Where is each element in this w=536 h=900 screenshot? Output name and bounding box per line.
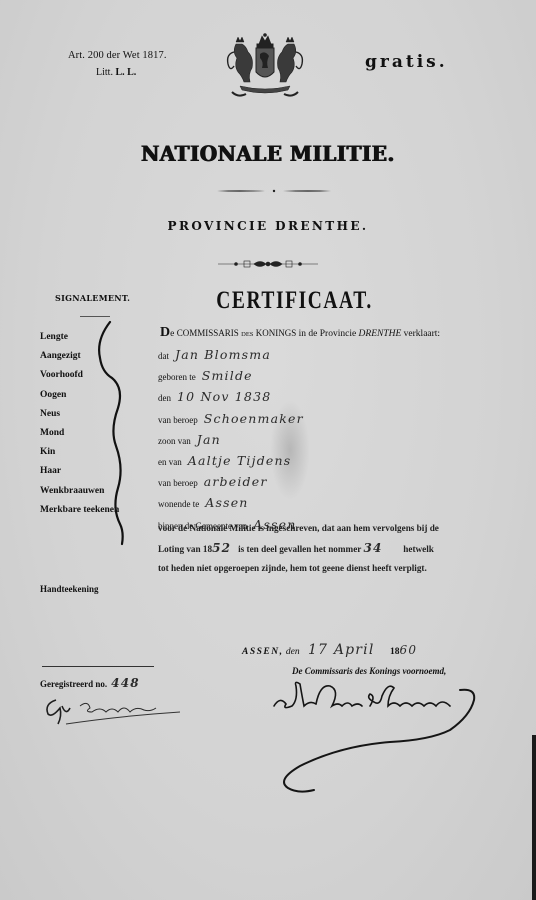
- field-row: van beroepSchoenmaker: [158, 409, 304, 430]
- handteekening-label: Handteekening: [40, 584, 99, 594]
- litt-value: L. L.: [115, 67, 136, 78]
- ornament-divider: [216, 259, 320, 269]
- year-value: 60: [400, 643, 418, 657]
- field-row: en vanAaltje Tijdens: [158, 451, 304, 472]
- occupation-value: Schoenmaker: [204, 411, 304, 426]
- name-value: Jan Blomsma: [175, 347, 271, 362]
- place-date: ASSEN, den 17 April 1860: [242, 642, 423, 658]
- mother-value: Aaltje Tijdens: [188, 453, 292, 468]
- brace-line: [92, 318, 132, 548]
- loting-year-value: 52: [212, 541, 231, 555]
- province-heading: PROVINCIE DRENTHE.: [0, 219, 536, 233]
- registrar-signature: [40, 690, 190, 730]
- page-edge: [532, 735, 536, 900]
- field-row: geboren teSmilde: [158, 366, 304, 387]
- commissaris-line: De Commissaris des Konings voornoemd,: [292, 666, 446, 676]
- lot-number-value: 34: [364, 541, 383, 555]
- certificate-heading: CERTIFICAAT.: [59, 287, 477, 315]
- field-row: van beroeparbeider: [158, 472, 304, 493]
- litt-label: Litt.: [96, 67, 113, 78]
- field-row: wonende teAssen: [158, 493, 304, 514]
- title-divider: [215, 189, 333, 193]
- field-row: den10 Nov 1838: [158, 387, 304, 408]
- document-title: NATIONALE MILITIE.: [13, 141, 522, 166]
- litt-reference: Litt. L. L.: [96, 67, 136, 78]
- signalement-rule: [80, 316, 110, 317]
- birthplace-value: Smilde: [202, 368, 253, 383]
- field-row: zoon vanJan: [158, 430, 304, 451]
- certificate-page: Art. 200 der Wet 1817. Litt. L. L. grati…: [0, 0, 536, 900]
- registration-number: 448: [111, 676, 140, 690]
- field-row: datJan Blomsma: [158, 345, 304, 366]
- parent-occupation-value: arbeider: [204, 474, 268, 489]
- certificate-intro: De COMMISSARIS DES KONINGS in de Provinc…: [160, 325, 440, 341]
- certificate-fields: datJan Blomsma geboren teSmilde den10 No…: [158, 345, 304, 536]
- birthdate-value: 10 Nov 1838: [177, 389, 271, 404]
- registration-rule: [42, 666, 154, 667]
- article-reference: Art. 200 der Wet 1817.: [68, 50, 167, 61]
- certificate-body: voor de Nationale Militie is ingeschreve…: [158, 519, 498, 579]
- father-value: Jan: [197, 432, 221, 447]
- commissaris-signature: [270, 676, 500, 806]
- residence-value: Assen: [205, 495, 248, 510]
- royal-coat-of-arms-icon: [222, 32, 308, 102]
- date-value: 17 April: [308, 642, 375, 658]
- fee-label: gratis.: [365, 52, 448, 72]
- registration: Geregistreerd no.448: [40, 676, 140, 690]
